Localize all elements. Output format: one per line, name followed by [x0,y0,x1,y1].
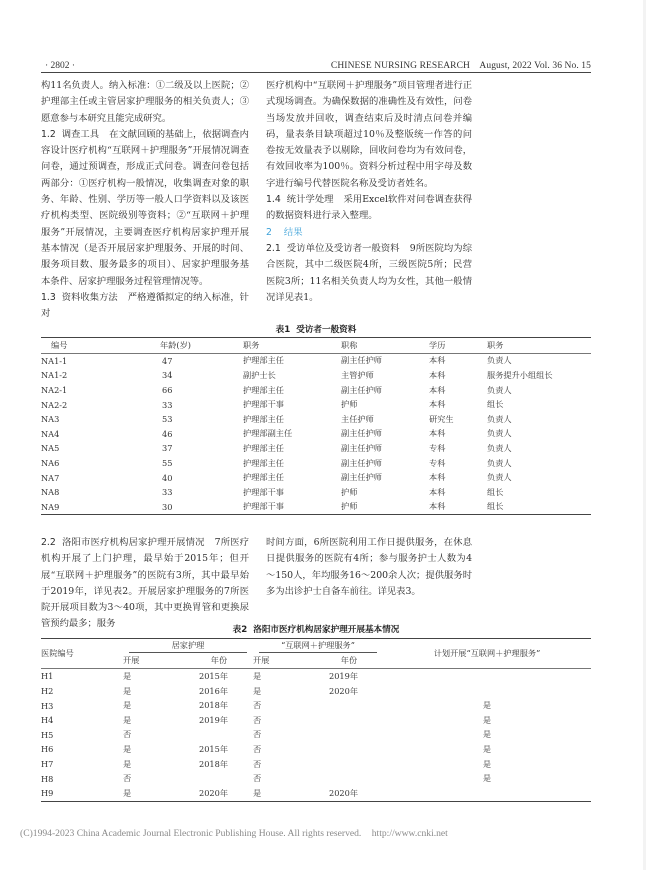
table2-cell: 2015年 [185,669,253,684]
table2-header-row-1: 医院编号 居家护理 “互联网＋护理服务” 计划开展“互联网＋护理服务” [41,639,591,654]
table1-cell: 34 [136,368,233,383]
table1-row: NA537护理部主任副主任护师专科负责人 [41,441,591,456]
table1-row: NA655护理部主任副主任护师专科负责人 [41,456,591,471]
table2-cell: 是 [383,698,591,713]
table2-cell: 2020年 [185,786,253,801]
table2-cell: 是 [383,713,591,728]
section-2-title: 结果 [284,227,303,238]
table2-cell: 是 [123,742,185,757]
table1-cell: 33 [136,397,233,412]
section-2-2-body: 7所医疗机构开展了上门护理，最早始于2015年；但开展“互联网＋护理服务”的医院… [41,537,249,629]
table1-header: 编号 [41,338,136,354]
section-2-2-left: 2.2 洛阳市医疗机构居家护理开展情况7所医疗机构开展了上门护理，最早始于201… [41,535,249,633]
table2-cell: 否 [253,757,315,772]
table1-cell: 47 [136,353,233,368]
table1-cell: 副主任护师 [331,456,429,471]
table1-cell: 负责人 [487,353,591,368]
table2-sub-open: 开展 [123,654,185,669]
table1-cell: 本科 [429,485,487,500]
table1-cell: NA1-1 [41,353,136,368]
table1-cell: 研究生 [429,412,487,427]
data-collection-paragraph: 医疗机构中“互联网＋护理服务”项目管理者进行正式现场调查。为确保数据的准确性及有… [266,78,472,192]
table2-cell: 是 [123,757,185,772]
table2-cell: 否 [253,771,315,786]
table1-cell: 护理部主任 [233,353,331,368]
table1-cell: NA5 [41,441,136,456]
table2-cell [315,757,383,772]
table2-row: H2是2016年是2020年 [41,684,591,699]
section-1-4-title: 1.4 统计学处理 [266,194,334,205]
table1-cell: 本科 [429,353,487,368]
table2: 医院编号 居家护理 “互联网＋护理服务” 计划开展“互联网＋护理服务” 开展 年… [41,638,591,802]
section-2-heading: 2结果 [266,225,472,241]
copyright-footer: (C)1994-2023 China Academic Journal Elec… [20,828,620,839]
table2-cell: 是 [123,698,185,713]
table1-cell: 副主任护师 [331,353,429,368]
table2-row: H8否否是 [41,771,591,786]
table2-cell: 否 [123,728,185,743]
table1-cell: NA3 [41,412,136,427]
table1-cell: 专科 [429,456,487,471]
table1-header: 年龄(岁) [136,338,233,354]
table2-row: H4是2019年否是 [41,713,591,728]
table1-cell: 护理部干事 [233,500,331,515]
table2-cell: 是 [123,713,185,728]
table1-row: NA1-234副护士长主管护师本科服务提升小组组长 [41,368,591,383]
table1-cell: 40 [136,470,233,485]
table2-cell: H3 [41,698,123,713]
section-1-2-title: 1.2 调查工具 [41,129,99,140]
table1-cell: 66 [136,383,233,398]
table2-row: H3是2018年否是 [41,698,591,713]
table2-cell: 是 [383,771,591,786]
table1-cell: NA8 [41,485,136,500]
table2-cell: 是 [383,757,591,772]
table2-cell: 否 [253,728,315,743]
table1-cell: 护理部主任 [233,383,331,398]
page-number: · 2802 · [45,61,75,71]
table1-cell: 本科 [429,470,487,485]
table1-cell: 护理部主任 [233,412,331,427]
table1-row: NA833护理部干事护师本科组长 [41,485,591,500]
table1-cell: 护理部副主任 [233,427,331,442]
table2-cell: 是 [253,786,315,801]
table2-cell: 否 [253,713,315,728]
table1-title: 表1 受访者一般资料 [41,323,591,335]
table1-cell: 本科 [429,427,487,442]
table1-cell: 副主任护师 [331,427,429,442]
table2-cell: H6 [41,742,123,757]
table1-header: 职务 [233,338,331,354]
table2-cell: 是 [123,684,185,699]
table1-row: NA1-147护理部主任副主任护师本科负责人 [41,353,591,368]
table1-row: NA2-233护理部干事护师本科组长 [41,397,591,412]
table1-cell: 负责人 [487,427,591,442]
table2-cell [383,669,591,684]
table1-cell: 53 [136,412,233,427]
table1-cell: 护师 [331,485,429,500]
table1-cell: 30 [136,500,233,515]
section-1-2: 1.2 调查工具在文献回顾的基础上，依据调查内容设计医疗机构“互联网＋护理服务”… [41,127,249,290]
table2-cell: 2015年 [185,742,253,757]
table2-cell [185,728,253,743]
table1-cell: 护理部干事 [233,485,331,500]
table2-cell [315,713,383,728]
table2-cell: 2018年 [185,698,253,713]
table1-cell: 服务提升小组组长 [487,368,591,383]
table2-cell: 是 [123,669,185,684]
table2-cell: 是 [253,684,315,699]
table2-cell: H2 [41,684,123,699]
table2-cell: 否 [253,698,315,713]
table1-cell: 负责人 [487,383,591,398]
table1-cell: 组长 [487,397,591,412]
table1-cell: 46 [136,427,233,442]
left-column: 构11名负责人。纳入标准：①二级及以上医院；②护理部主任或主管居家护理服务的相关… [41,78,249,322]
table1-cell: 副主任护师 [331,470,429,485]
table2-sub-open: 开展 [253,654,315,669]
table1-row: NA740护理部主任副主任护师本科负责人 [41,470,591,485]
table1-cell: 本科 [429,383,487,398]
table1-header: 职称 [331,338,429,354]
table2-row: H7是2018年否是 [41,757,591,772]
table1-cell: 负责人 [487,456,591,471]
table1-cell: 组长 [487,500,591,515]
section-1-4: 1.4 统计学处理采用Excel软件对问卷调查获得的数据资料进行录入整理。 [266,192,472,225]
table2-cell: 2020年 [315,684,383,699]
table1-cell: 本科 [429,500,487,515]
table2-cell: 是 [383,728,591,743]
table1-cell: 护师 [331,500,429,515]
table2-cell [185,771,253,786]
section-2-2-title: 2.2 洛阳市医疗机构居家护理开展情况 [41,537,205,548]
table1-header: 职务 [487,338,591,354]
table2-cell: 2020年 [315,786,383,801]
table1: 编号 年龄(岁) 职务 职称 学历 职务 NA1-147护理部主任副主任护师本科… [41,337,591,515]
copyright-text: (C)1994-2023 China Academic Journal Elec… [20,828,361,839]
table2-cell: H8 [41,771,123,786]
section-1-3-title: 1.3 资料收集方法 [41,292,118,303]
table1-cell: 组长 [487,485,591,500]
table1-header-row: 编号 年龄(岁) 职务 职称 学历 职务 [41,338,591,354]
table2-row: H6是2015年否是 [41,742,591,757]
table2-sub-year: 年份 [315,654,383,669]
section-2-1: 2.1 受访单位及受访者一般资料9所医院均为综合医院，其中二级医院4所，三级医院… [266,241,472,306]
table2-group-internet-nursing-label: “互联网＋护理服务” [259,640,377,653]
table1-header: 学历 [429,338,487,354]
table2-col-hospital: 医院编号 [41,639,123,669]
table2-cell: 2018年 [185,757,253,772]
table2-sub-year: 年份 [185,654,253,669]
table2-row: H1是2015年是2019年 [41,669,591,684]
table2-cell: H1 [41,669,123,684]
table2-cell: 是 [253,669,315,684]
table1-cell: 护理部主任 [233,470,331,485]
table1-cell: 负责人 [487,470,591,485]
table1-cell: NA4 [41,427,136,442]
section-2-2-right: 时间方面，6所医院利用工作日提供服务，在休息日提供服务的医院有4所；参与服务护士… [266,535,472,600]
table2-cell: 是 [123,786,185,801]
table1-cell: 护理部主任 [233,441,331,456]
section-1-3: 1.3 资料收集方法严格遵循拟定的纳入标准，针对 [41,290,249,323]
table2-cell [383,786,591,801]
section-2-2: 2.2 洛阳市医疗机构居家护理开展情况7所医疗机构开展了上门护理，最早始于201… [41,535,249,633]
table2-cell [315,728,383,743]
table1-cell: 负责人 [487,441,591,456]
service-time-paragraph: 时间方面，6所医院利用工作日提供服务，在休息日提供服务的医院有4所；参与服务护士… [266,535,472,600]
section-1-2-body: 在文献回顾的基础上，依据调查内容设计医疗机构“互联网＋护理服务”开展情况调查问卷… [41,129,249,287]
section-2-1-title: 2.1 受访单位及受访者一般资料 [266,243,400,254]
table1-cell: NA2-2 [41,397,136,412]
table1-cell: 主管护师 [331,368,429,383]
journal-info: CHINESE NURSING RESEARCH August, 2022 Vo… [331,61,591,71]
table1-cell: 副主任护师 [331,383,429,398]
table2-cell [315,771,383,786]
table1-cell: 33 [136,485,233,500]
table1-row: NA446护理部副主任副主任护师本科负责人 [41,427,591,442]
table2-cell: 2019年 [185,713,253,728]
table2-col-plan: 计划开展“互联网＋护理服务” [383,639,591,669]
table2-cell: H7 [41,757,123,772]
table1-cell: NA1-2 [41,368,136,383]
table1-row: NA2-166护理部主任副主任护师本科负责人 [41,383,591,398]
table2-cell: H4 [41,713,123,728]
table1-cell: 37 [136,441,233,456]
table2-row: H9是2020年是2020年 [41,786,591,801]
table1-cell: 护师 [331,397,429,412]
table1-cell: NA2-1 [41,383,136,398]
table1-cell: NA6 [41,456,136,471]
table1-cell: 55 [136,456,233,471]
table2-cell: 2016年 [185,684,253,699]
table1-cell: 副主任护师 [331,441,429,456]
table1-cell: 副护士长 [233,368,331,383]
table2-cell [383,684,591,699]
table2-cell: 否 [123,771,185,786]
table2-cell: H5 [41,728,123,743]
section-2-number: 2 [266,227,272,238]
table1-cell: 主任护师 [331,412,429,427]
table2-title: 表2 洛阳市医疗机构居家护理开展基本情况 [41,623,591,635]
cnki-link[interactable]: http://www.cnki.net [372,828,448,839]
table2-cell: 否 [253,742,315,757]
inclusion-criteria-paragraph: 构11名负责人。纳入标准：①二级及以上医院；②护理部主任或主管居家护理服务的相关… [41,78,249,127]
table2-cell: 2019年 [315,669,383,684]
right-column: 医疗机构中“互联网＋护理服务”项目管理者进行正式现场调查。为确保数据的准确性及有… [266,78,472,306]
table2-row: H5否否是 [41,728,591,743]
table2-group-internet-nursing: “互联网＋护理服务” [253,639,383,654]
table1-cell: 护理部干事 [233,397,331,412]
table2-cell [315,742,383,757]
table1-cell: 专科 [429,441,487,456]
table1-row: NA930护理部干事护师本科组长 [41,500,591,515]
table2-cell: 是 [383,742,591,757]
table1-cell: 本科 [429,397,487,412]
table2-cell [315,698,383,713]
table1-row: NA353护理部主任主任护师研究生负责人 [41,412,591,427]
table2-cell: H9 [41,786,123,801]
table1-cell: 本科 [429,368,487,383]
table1-cell: NA7 [41,470,136,485]
table1-cell: NA9 [41,500,136,515]
table2-group-home-care: 居家护理 [123,639,253,654]
header-rule [41,72,591,73]
table1-cell: 负责人 [487,412,591,427]
table1-cell: 护理部主任 [233,456,331,471]
table2-group-home-care-label: 居家护理 [129,640,247,653]
